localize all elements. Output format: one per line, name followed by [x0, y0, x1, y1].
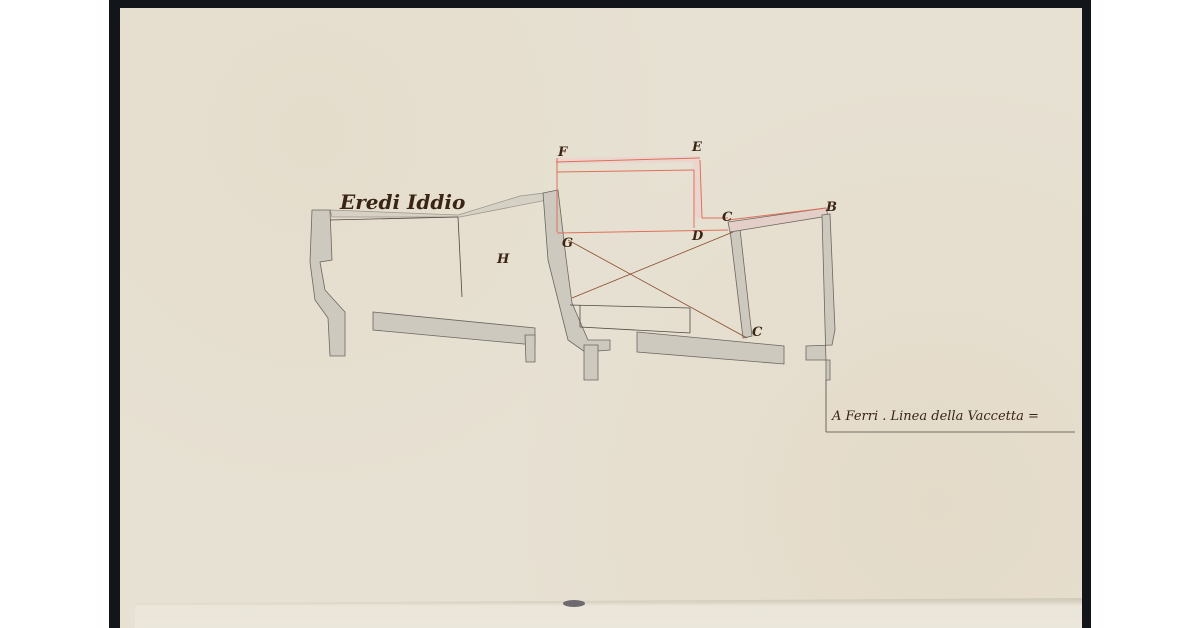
- room-label-h: H: [497, 252, 509, 267]
- point-label-b: B: [826, 200, 837, 215]
- point-label-c-lower: C: [752, 325, 762, 340]
- point-label-c-upper: C: [722, 210, 732, 225]
- boundary-note: A Ferri . Linea della Vaccetta =: [832, 409, 1039, 424]
- point-label-e: E: [692, 140, 702, 155]
- point-label-f: F: [558, 145, 567, 160]
- point-label-g: G: [562, 236, 573, 251]
- owner-label: Eredi Iddio: [340, 190, 465, 214]
- paper-tear: [563, 600, 585, 607]
- point-label-d: D: [692, 229, 703, 244]
- floor-plan-drawing: [0, 0, 1200, 628]
